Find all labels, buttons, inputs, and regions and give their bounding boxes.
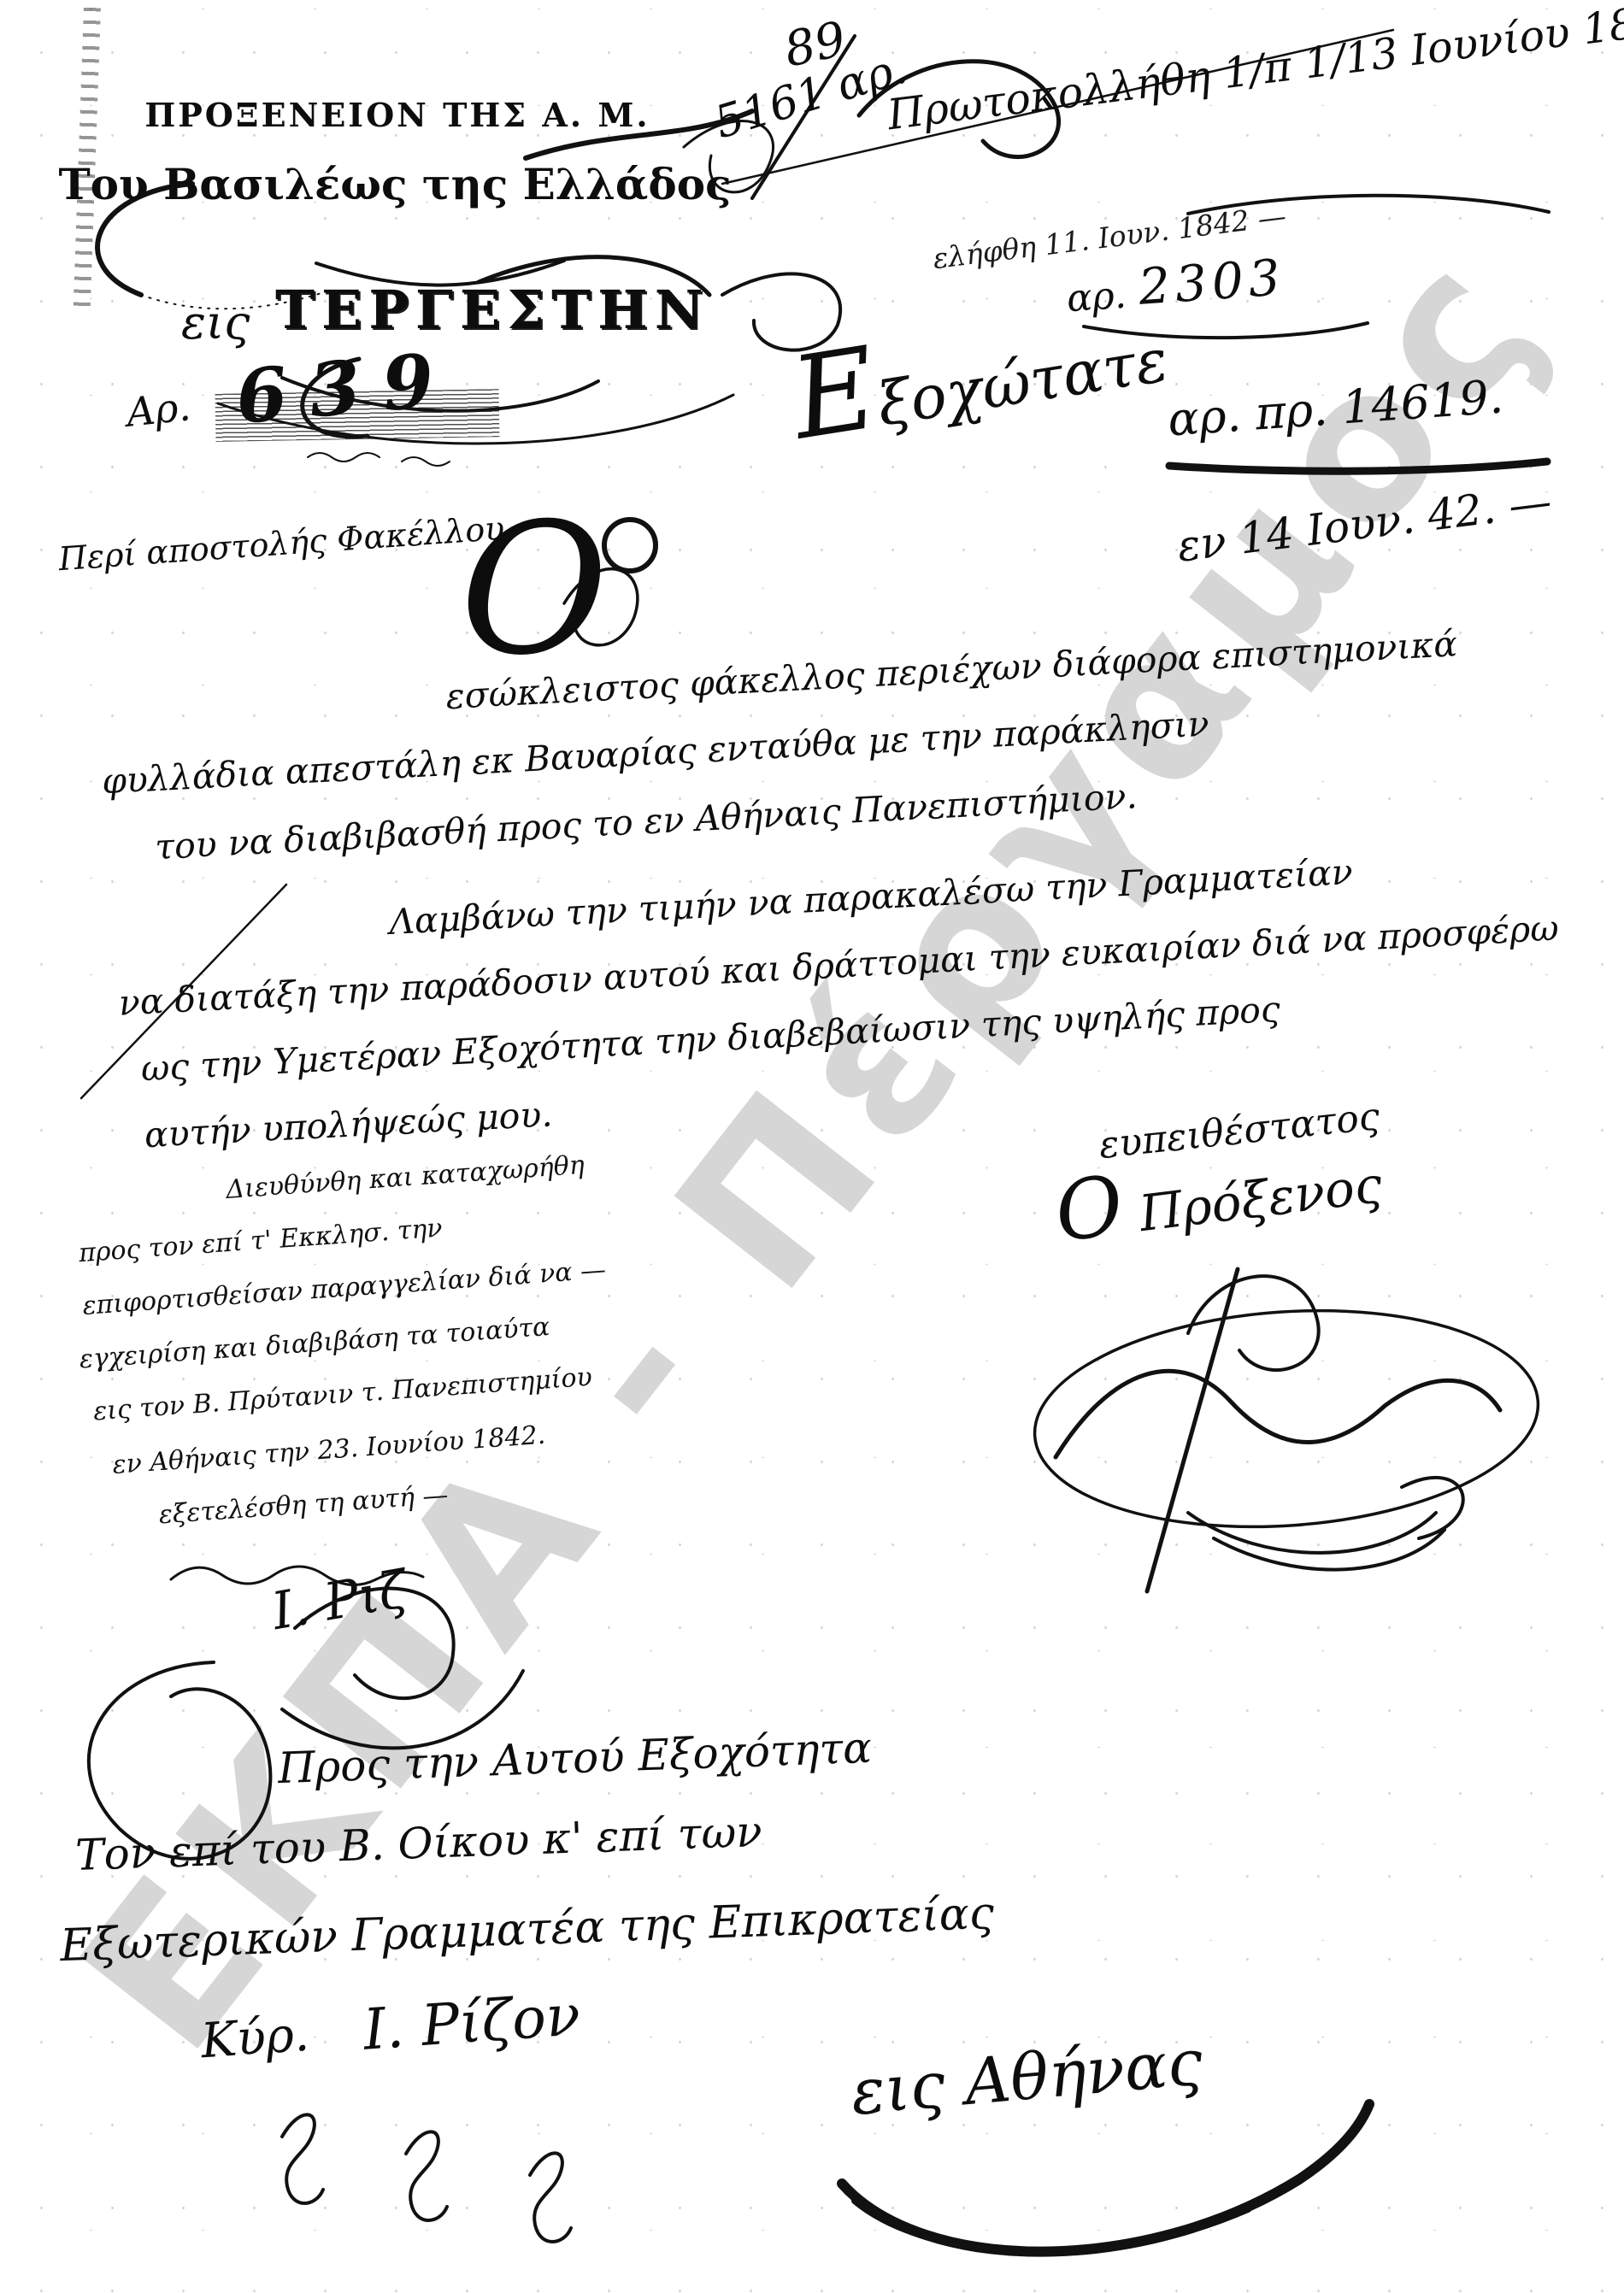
letterhead-city-name: ΤΕΡΓΕΣΤΗΝ bbox=[275, 279, 710, 341]
marginal-line: εγχειρίση και διαβιβάση τα τοιαύτα bbox=[79, 1312, 551, 1374]
protocol-annotation: Πρωτοκολλήθη 1/π 1/13 Ιουνίου 1842. bbox=[885, 0, 1624, 139]
signer-title: Ο Πρόξενος bbox=[1053, 1149, 1386, 1253]
letterhead-line1: ΠΡΟΞΕΝΕΙΟΝ ΤΗΣ Α. Μ. bbox=[141, 96, 654, 134]
subject-line: Περί αποστολής Φακέλλου bbox=[57, 509, 505, 578]
recipient-name: Ι. Ρίζον bbox=[362, 1982, 583, 2063]
marginal-line: επιφορτισθείσαν παραγγελίαν διά να — bbox=[81, 1255, 607, 1321]
reference-number-label: αρ. bbox=[1065, 273, 1127, 321]
destination-city: εις Αθήνας bbox=[848, 2025, 1205, 2130]
body-drop-initial: Ο bbox=[460, 513, 609, 667]
marginal-line: εις τον Β. Πρύτανιν τ. Πανεπιστημίου bbox=[92, 1362, 593, 1427]
body-line: αυτήν υπολήψεώς μου. bbox=[144, 1093, 554, 1155]
consul-signature-flourish bbox=[1027, 1269, 1545, 1591]
scanned-letter-page: ΕΚΠΑ - Πέργαμος bbox=[0, 0, 1624, 2293]
marginal-line: εν Αθήναις την 23. Ιουνίου 1842. bbox=[111, 1420, 546, 1480]
document-number-label: Αρ. bbox=[124, 383, 192, 436]
tiny-scribbles-under-number bbox=[308, 453, 450, 466]
marginal-office-note: Διευθύνθη και καταχωρήθη προς τον επί τ'… bbox=[67, 1135, 709, 1587]
salutation: Εξοχώτατε bbox=[789, 311, 1173, 452]
letterhead-line2: Του Βασιλέως της Ελλάδος bbox=[53, 159, 737, 209]
recipient-honorific: Κύρ. bbox=[199, 2007, 311, 2070]
marginal-line: προς τον επί τ' Εκκλησ. την bbox=[78, 1214, 444, 1269]
scan-edge-artifact bbox=[74, 0, 102, 313]
body-line: να διατάξη την παράδοσιν αυτού και δράττ… bbox=[118, 907, 1560, 1023]
marginal-line: εξετελέσθη τη αυτή — bbox=[158, 1480, 450, 1531]
reference-number-2303: 2303 bbox=[1137, 248, 1287, 316]
letterhead-city-prefix: εις bbox=[181, 296, 250, 350]
